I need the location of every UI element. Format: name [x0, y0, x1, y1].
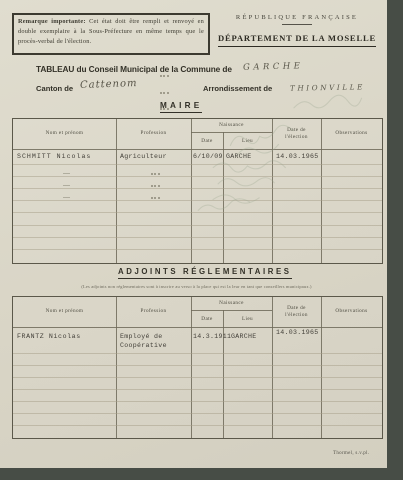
printer-imprint: Thormel, s.v.pl.: [333, 451, 369, 456]
arrondissement-handwritten-value: THIONVILLE: [290, 82, 365, 92]
column-divider: [272, 119, 273, 263]
naissance-sub-rule: [191, 310, 272, 311]
col-header-observations: Observations: [321, 130, 382, 137]
col-header-lieu: Lieu: [223, 316, 272, 323]
row-rule: [13, 365, 382, 366]
maire-row-date-election: 14.03.1965: [276, 153, 319, 160]
col-header-profession: Profession: [116, 308, 191, 315]
leader-dash: [63, 194, 70, 198]
col-header-observations: Observations: [321, 308, 382, 315]
maire-row-naissance-date: 6/10/09: [193, 153, 223, 160]
column-divider: [321, 119, 322, 263]
departement-label: DÉPARTEMENT DE LA MOSELLE: [218, 33, 376, 47]
adjoints-section-title: ADJOINTS RÉGLEMENTAIRES: [118, 267, 292, 279]
col-header-election: Date de l'élection: [275, 127, 318, 141]
row-rule: [13, 425, 382, 426]
header-bottom-rule: [13, 327, 382, 328]
maire-row-profession: Agriculteur: [120, 153, 167, 160]
row-rule: [13, 237, 382, 238]
remark-lead: Remarque importante:: [18, 18, 86, 25]
adjoints-section-note: (Les adjoints non réglementaires sont à …: [12, 284, 381, 289]
column-divider: [223, 310, 224, 438]
row-rule: [13, 401, 382, 402]
important-remark-box: Remarque importante: Cet état doit être …: [12, 13, 210, 55]
maire-table: Nom et prénom Profession Naissance Date …: [12, 118, 383, 264]
adjoint-row-date-election: 14.03.1965: [276, 329, 319, 336]
col-header-nom: Nom et prénom: [13, 130, 116, 137]
separator-rule: [282, 24, 312, 25]
republic-header: RÉPUBLIQUE FRANÇAISE DÉPARTEMENT DE LA M…: [213, 14, 381, 47]
leader-dots: [151, 181, 160, 187]
arrondissement-label: Arrondissement de: [203, 84, 272, 93]
leader-dots: [160, 104, 169, 110]
col-header-lieu: Lieu: [223, 138, 272, 145]
document-title: TABLEAU du Conseil Municipal de la Commu…: [36, 64, 232, 74]
row-rule: [13, 377, 382, 378]
scanner-background-edge: [0, 468, 403, 480]
leader-dots: [160, 71, 169, 77]
row-rule: [13, 249, 382, 250]
column-divider: [223, 132, 224, 263]
leader-dash: [63, 170, 70, 174]
column-divider: [116, 297, 117, 438]
leader-dots: [160, 88, 169, 94]
col-header-date: Date: [191, 138, 223, 145]
row-rule: [13, 225, 382, 226]
col-header-naissance: Naissance: [191, 300, 272, 307]
adjoints-table: Nom et prénom Profession Naissance Date …: [12, 296, 383, 439]
col-header-date: Date: [191, 316, 223, 323]
adjoint-row-profession: Employé de Coopé­rative: [120, 333, 192, 351]
row-rule: [13, 176, 382, 177]
scanned-document-page: { "header": { "republique": "RÉPUBLIQUE …: [0, 0, 403, 480]
col-header-election: Date de l'élection: [275, 305, 318, 319]
adjoint-row-naissance-lieu: GARCHE: [231, 333, 257, 340]
scanner-background-edge: [387, 0, 403, 480]
adjoint-row-naissance-date: 14.3.1911: [193, 333, 231, 340]
maire-row-naissance-lieu: GARCHE: [226, 153, 252, 160]
row-rule: [13, 164, 382, 165]
commune-handwritten-value: GARCHE: [243, 61, 304, 73]
adjoint-row-nom: FRANTZ Nicolas: [17, 333, 81, 340]
leader-dots: [151, 193, 160, 199]
republique-francaise-label: RÉPUBLIQUE FRANÇAISE: [213, 14, 381, 21]
column-divider: [116, 119, 117, 263]
maire-row-nom: SCHMITT Nicolas: [17, 153, 91, 160]
naissance-sub-rule: [191, 132, 272, 133]
col-header-naissance: Naissance: [191, 122, 272, 129]
col-header-nom: Nom et prénom: [13, 308, 116, 315]
leader-dots: [151, 169, 160, 175]
col-header-profession: Profession: [116, 130, 191, 137]
canton-handwritten-value: Cattenom: [80, 78, 138, 91]
row-rule: [13, 389, 382, 390]
row-rule: [13, 200, 382, 201]
row-rule: [13, 188, 382, 189]
header-bottom-rule: [13, 149, 382, 150]
column-divider: [321, 297, 322, 438]
leader-dash: [63, 182, 70, 186]
row-rule: [13, 212, 382, 213]
column-divider: [272, 297, 273, 438]
paper-sheet: Remarque importante: Cet état doit être …: [0, 0, 387, 468]
canton-label: Canton de: [36, 84, 73, 93]
row-rule: [13, 413, 382, 414]
row-rule: [13, 353, 382, 354]
